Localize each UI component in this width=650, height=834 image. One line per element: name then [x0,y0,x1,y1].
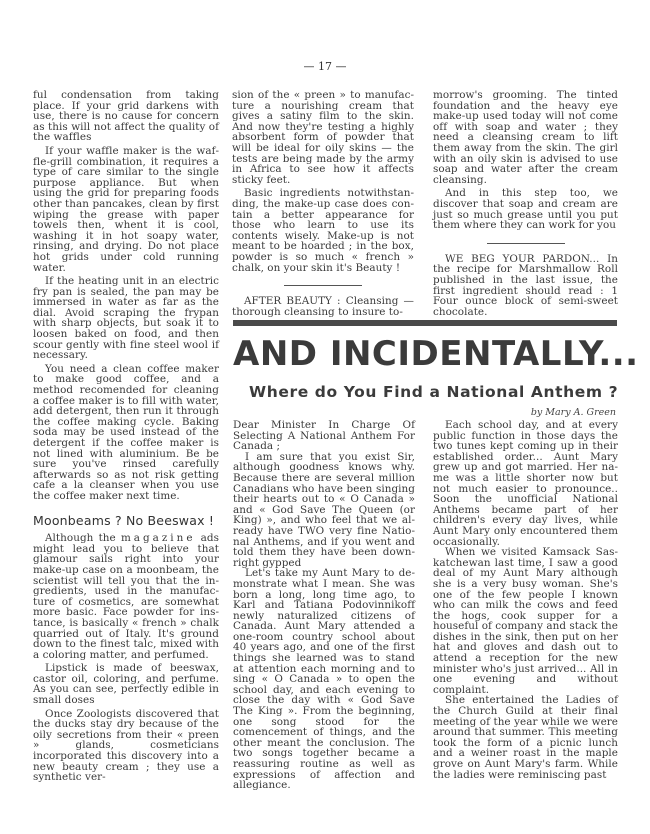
paragraph: Once Zoologists discovered that the duck… [33,709,219,783]
paragraph: And in this step too, we discover that s… [433,188,618,230]
paragraph: If your waffle maker is the waf­fle-gril… [33,146,219,273]
divider [284,285,362,286]
column-3: morrow's grooming. The tinted foundation… [433,90,618,320]
byline: by Mary A. Green [531,407,616,418]
article-subtitle: Where do You Find a National Anthem ? [249,383,618,401]
paragraph: If the heating unit in an electric fry p… [33,276,219,361]
column-2: sion of the « preen » to manufac­ture a … [232,90,414,320]
paragraph: When we visited Kamsack Sas­katchewan la… [433,547,618,695]
paragraph: sion of the « preen » to manufac­ture a … [232,90,414,185]
paragraph: Lipstick is made of beeswax, cas­tor oil… [33,663,219,705]
divider [487,243,565,244]
paragraph: ful condensation from taking place. If y… [33,90,219,143]
page-number: — 17 — [0,60,650,73]
paragraph: morrow's grooming. The tinted foundation… [433,90,618,185]
section-heading: Moonbeams ? No Beeswax ! [33,516,219,527]
paragraph: Let's take my Aunt Mary to de­monstrate … [233,568,415,790]
lead-rest: ads might lead you to believe that glamo… [33,532,219,661]
paragraph: She entertained the Ladies of the Church… [433,695,618,780]
paragraph: Although the magazine ads might lead you… [33,533,219,660]
headline-rule [233,320,617,326]
paragraph: Each school day, and at every public fun… [433,420,618,547]
column-1: ful condensation from taking place. If y… [33,90,219,786]
paragraph: Dear Minister In Charge Of Selec­ting A … [233,420,415,452]
correction-notice: WE BEG YOUR PARDON... In the recipe for … [433,254,618,318]
paragraph: Basic ingredients notwithstan­ding, the … [232,188,414,273]
paragraph: AFTER BEAUTY : Cleansing — thorough clea… [232,296,414,317]
paragraph: You need a clean coffee maker to make go… [33,364,219,502]
column-4: Dear Minister In Charge Of Selec­ting A … [233,420,415,791]
article-headline: AND INCIDENTALLY... [233,334,639,374]
column-5: Each school day, and at every public fun… [433,420,618,780]
paragraph: I am sure that you exist Sir, although g… [233,452,415,569]
